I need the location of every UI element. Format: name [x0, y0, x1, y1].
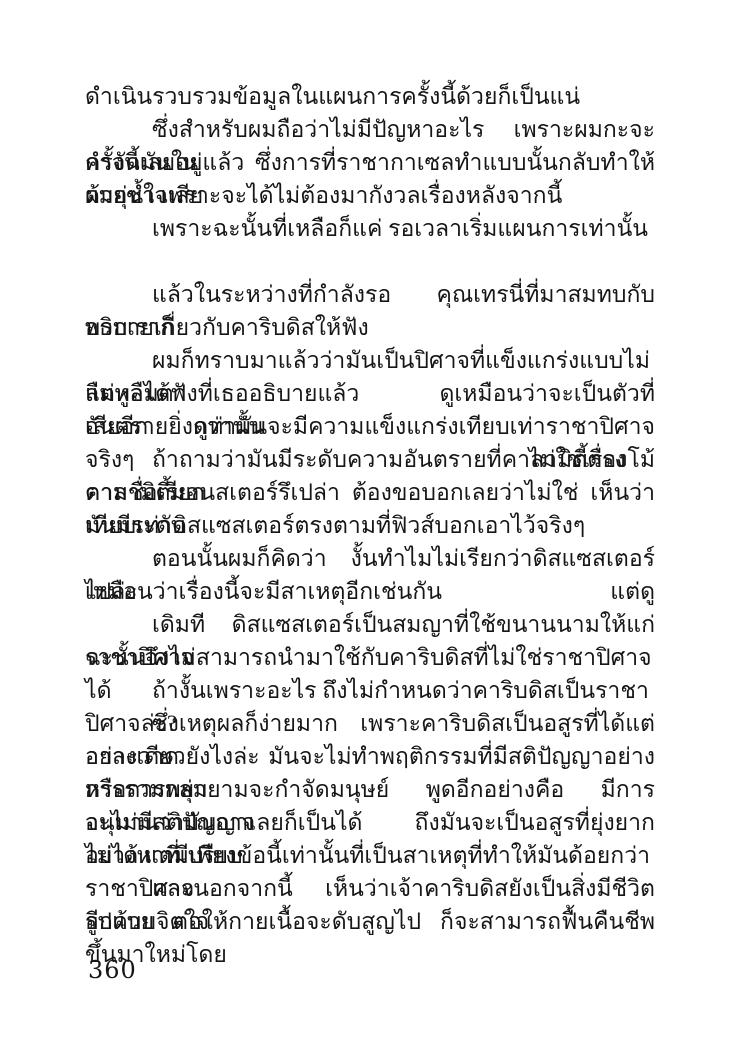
text-line: จะไม่มีสติปัญญาเลยก็เป็นได้ ถึงมันจะเป็น… [85, 806, 655, 839]
text-line: ฉะนั้นจึงไม่สามารถนำมาใช้กับคาริบดิสที่ไ… [85, 641, 655, 674]
text-line: แล้วในระหว่างที่กำลังรอ คุณเทรนี่ที่มาสม… [85, 278, 655, 311]
text-line: เทียบเท่าดิสแซสเตอร์ตรงตามที่ฟิวส์บอกเอา… [85, 509, 655, 542]
text-line: ครั้งนี้เลยอยู่แล้ว ซึ่งการที่ราชากาเซลท… [85, 146, 655, 179]
book-page: ดำเนินรวบรวมข้อมูลในแผนการครั้งนี้ด้วยก็… [0, 0, 738, 1051]
text-line: และนอกจากนี้ เห็นว่าเจ้าคาริบดิสยังเป็นส… [85, 872, 655, 905]
text-line: ดำเนินรวบรวมข้อมูลในแผนการครั้งนี้ด้วยก็… [85, 80, 655, 113]
text-line: ตอนนั้นผมก็คิดว่า งั้นทำไมไม่เรียกว่าดิส… [85, 542, 655, 575]
text-line: ถ้างั้นเพราะอะไร ถึงไม่กำหนดว่าคาริบดิสเ… [85, 674, 655, 707]
text-line: หรือการพยายามจะกำจัดมนุษย์ พูดอีกอย่างคื… [85, 773, 655, 806]
text-line: แต่พอได้ฟังที่เธออธิบายแล้ว ดูเหมือนว่าจ… [85, 377, 655, 410]
text-line: ซึ่งสำหรับผมถือว่าไม่มีปัญหาอะไร เพราะผม… [85, 113, 655, 146]
text-line: อีกด้วย ต่อให้กายเนื้อจะดับสูญไป ก็จะสาม… [85, 905, 655, 938]
text-line: คาลามิตี้มอนสเตอร์รึเปล่า ต้องขอบอกเลยว่… [85, 476, 655, 509]
page-number: 360 [88, 956, 137, 984]
text-line: เดิมที ดิสแซสเตอร์เป็นสมญาที่ใช้ขนานนามใ… [85, 608, 655, 641]
text-line: อย่างเดียวยังไงล่ะ มันจะไม่ทำพฤติกรรมที่… [85, 740, 655, 773]
blank-line [85, 245, 655, 278]
text-line: ซึ่งเหตุผลก็ง่ายมาก เพราะคาริบดิสเป็นอสู… [85, 707, 655, 740]
text-line: ถ้าถามว่ามันมีระดับความอันตรายที่คาลามิต… [85, 443, 655, 476]
text-line: ผมก็ทราบมาแล้วว่ามันเป็นปิศาจที่แข็งแกร่… [85, 344, 655, 377]
text-line: ไม่ได้ แต่มีเพียงข้อนี้เท่านั้นที่เป็นสา… [85, 839, 655, 872]
text-line: เพราะฉะนั้นที่เหลือก็แค่ รอเวลาเริ่มแผนก… [85, 212, 655, 245]
body-text-block: ดำเนินรวบรวมข้อมูลในแผนการครั้งนี้ด้วยก็… [85, 80, 655, 938]
text-line: เสียอีก ดูท่ามันจะมีความแข็งแกร่งเทียบเท… [85, 410, 655, 443]
text-line: อธิบายเกี่ยวกับคาริบดิสให้ฟัง [85, 311, 655, 344]
text-line: ด้วยซ้ำ เพราะจะได้ไม่ต้องมากังวลเรื่องหล… [85, 179, 655, 212]
